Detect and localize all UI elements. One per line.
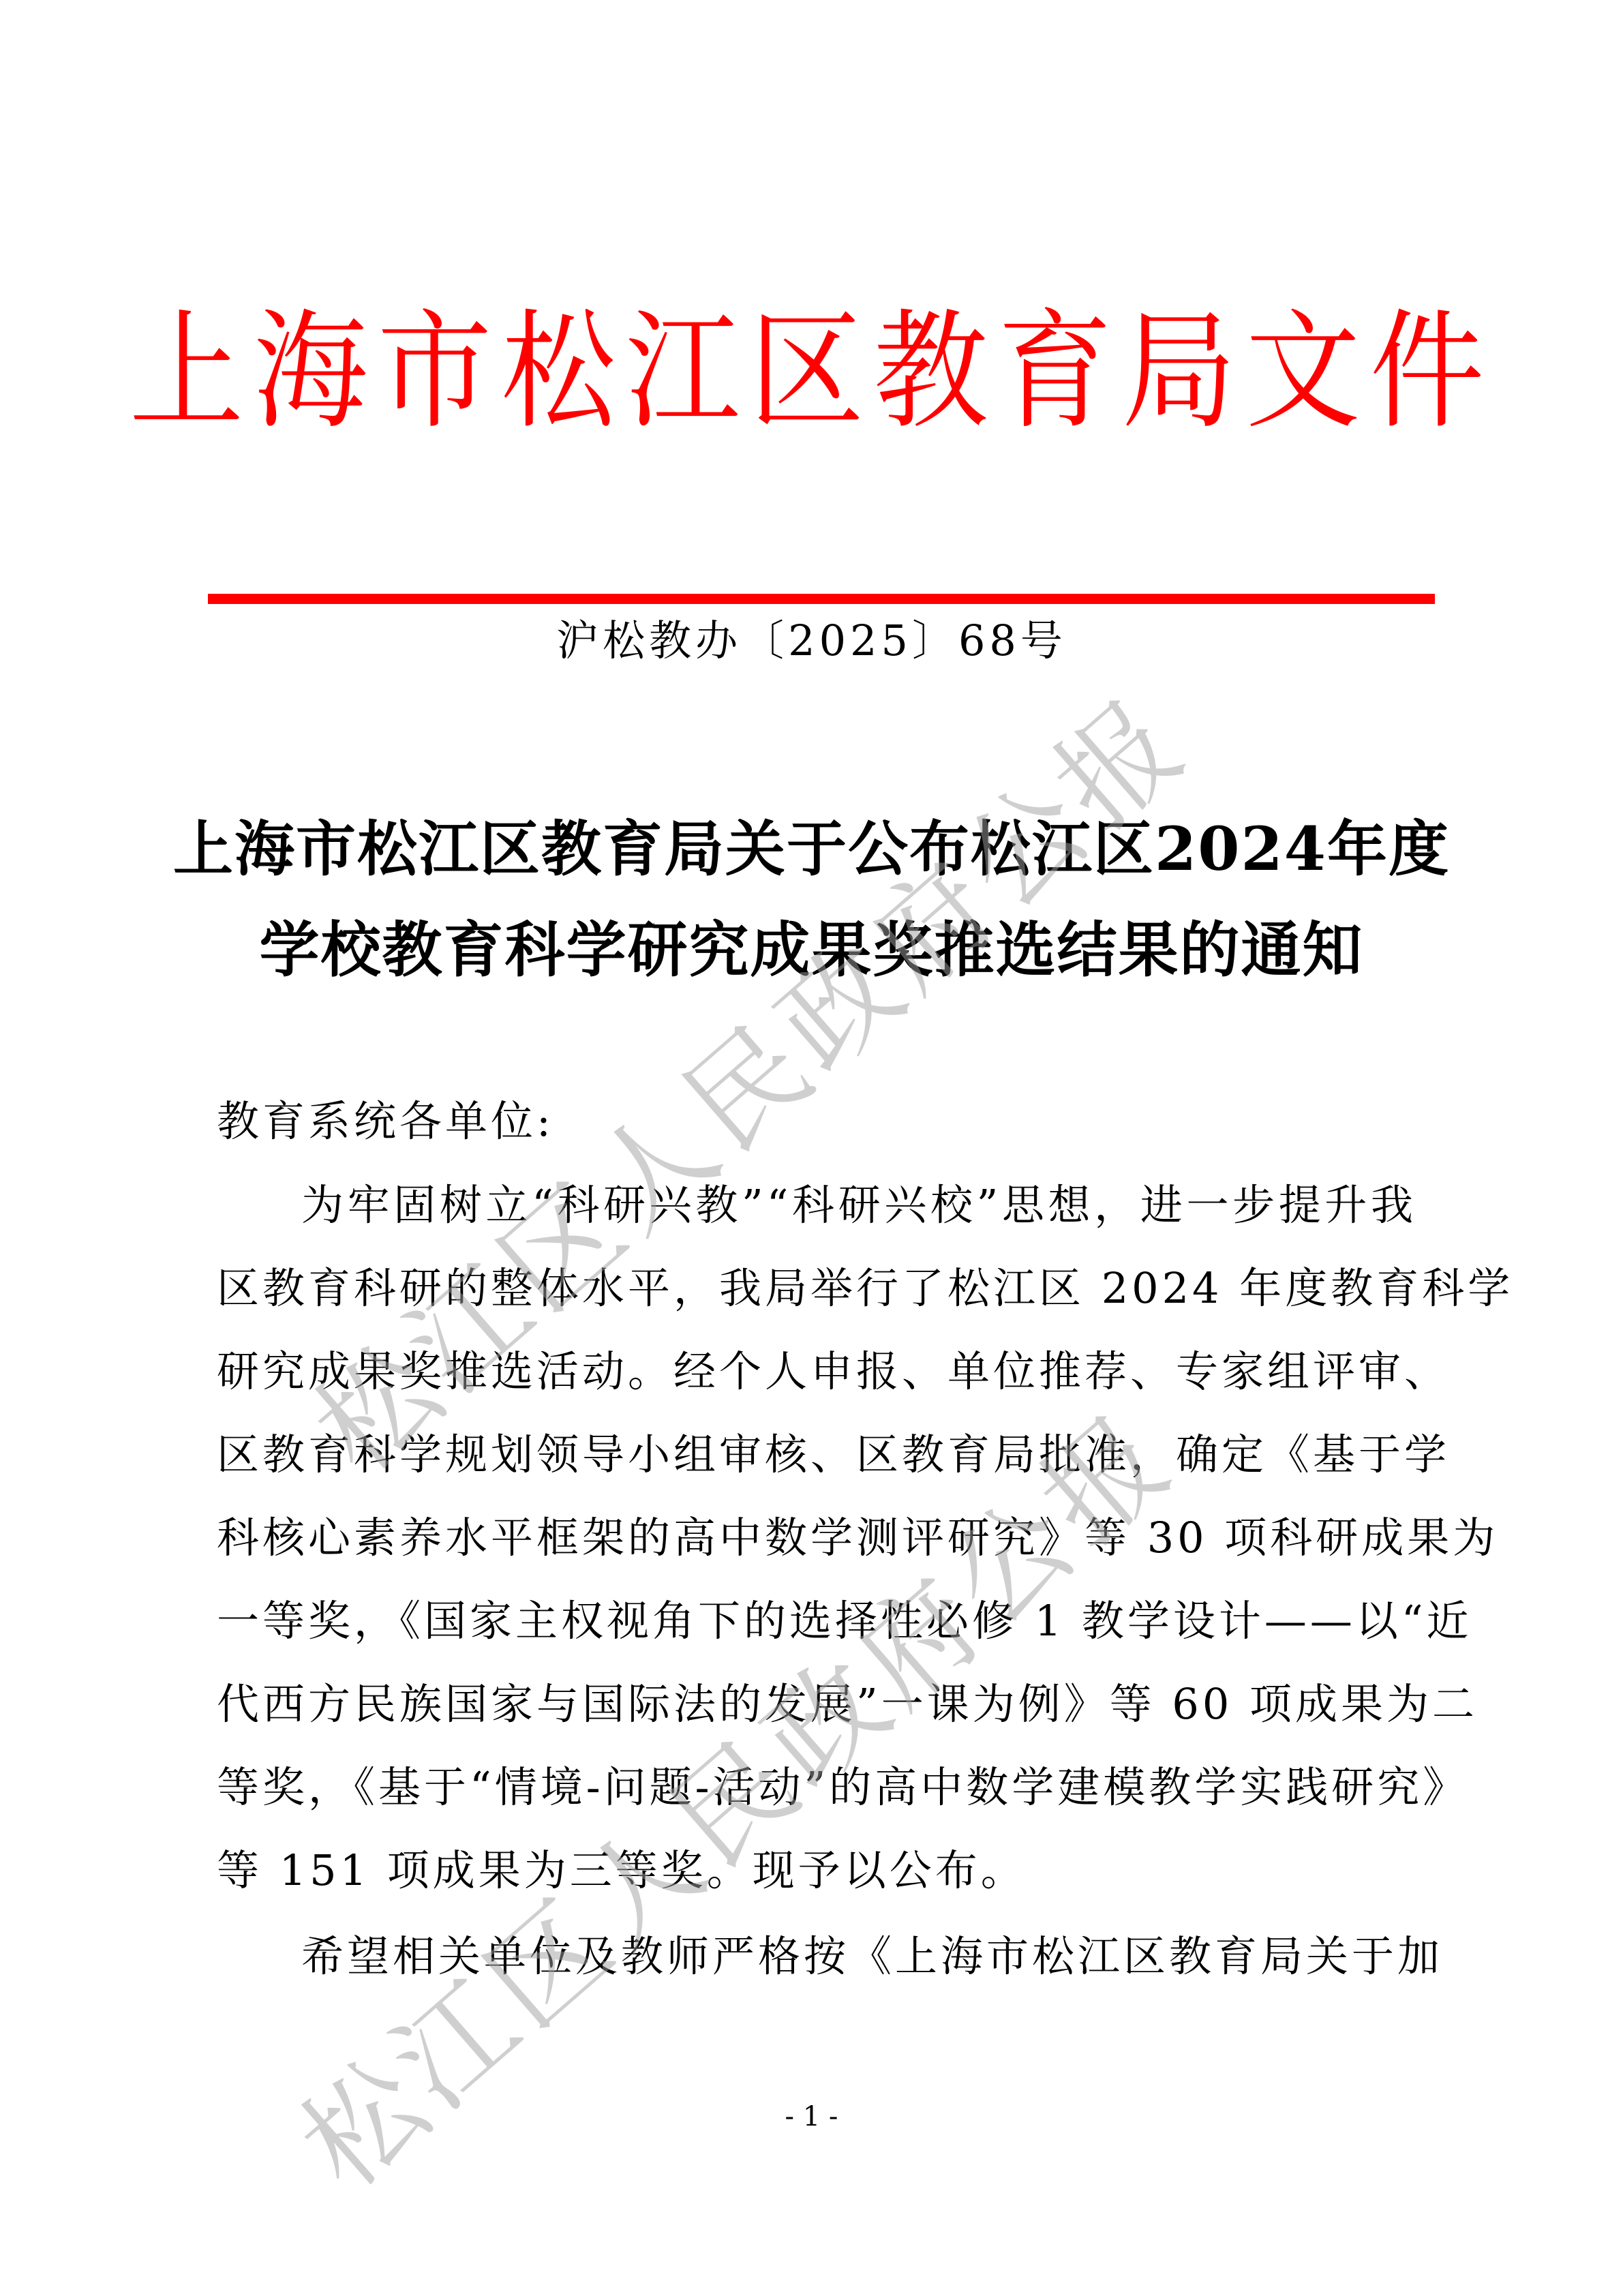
- body-line: 研究成果奖推选活动。经个人申报、单位推荐、专家组评审、: [217, 1344, 1416, 1399]
- document-page: 上海市松江区教育局文件 沪松教办〔2025〕68号 上海市松江区教育局关于公布松…: [0, 0, 1623, 2296]
- body-line: 区教育科学规划领导小组审核、区教育局批准，确定《基于学: [217, 1428, 1416, 1482]
- body-line: 区教育科研的整体水平，我局举行了松江区 2024 年度教育科学: [217, 1261, 1416, 1316]
- notice-heading-line-1: 上海市松江区教育局关于公布松江区2024年度: [0, 811, 1623, 886]
- body-line: 科核心素养水平框架的高中数学测评研究》等 30 项科研成果为: [217, 1511, 1416, 1565]
- body-line: 代西方民族国家与国际法的发展”一课为例》等 60 项成果为二: [217, 1677, 1416, 1732]
- body-line: 为牢固树立“科研兴教”“科研兴校”思想，进一步提升我: [301, 1178, 1416, 1233]
- notice-heading-line-2: 学校教育科学研究成果奖推选结果的通知: [0, 912, 1623, 987]
- body-line: 等 151 项成果为三等奖。现予以公布。: [217, 1843, 1416, 1898]
- body-line: 希望相关单位及教师严格按《上海市松江区教育局关于加: [301, 1929, 1416, 1984]
- issuer-title: 上海市松江区教育局文件: [0, 303, 1623, 440]
- red-divider: [208, 594, 1435, 604]
- page-number: - 1 -: [0, 2100, 1623, 2134]
- body-line: 等奖，《基于“情境-问题-活动”的高中数学建模教学实践研究》: [217, 1760, 1416, 1815]
- body-line: 一等奖，《国家主权视角下的选择性必修 1 教学设计——以“近: [217, 1594, 1416, 1648]
- document-number: 沪松教办〔2025〕68号: [0, 614, 1623, 668]
- salutation: 教育系统各单位:: [217, 1094, 1416, 1149]
